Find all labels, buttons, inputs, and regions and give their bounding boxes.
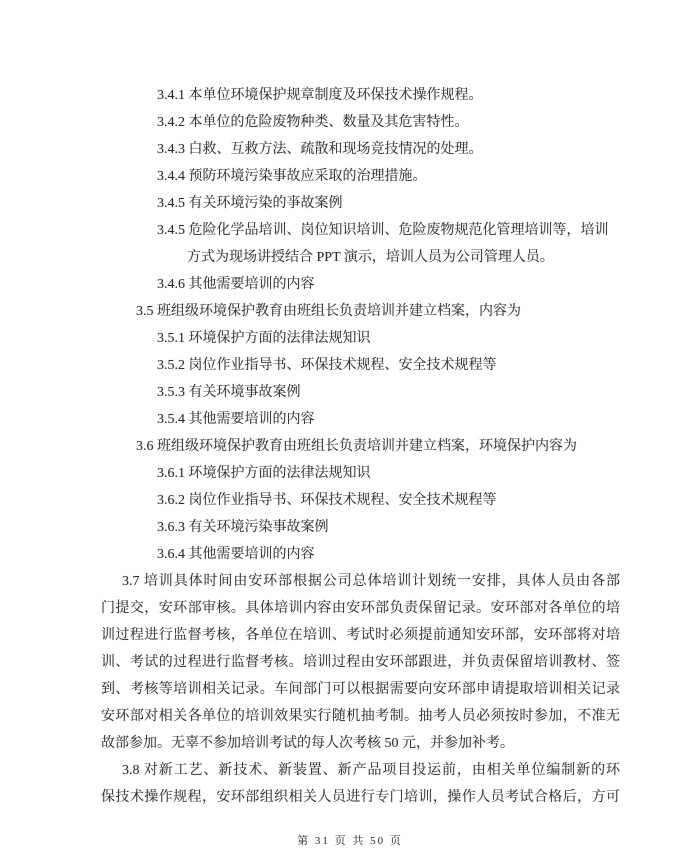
- doc-line-3-4-5b: 3.4.5 危险化学品培训、岗位知识培训、危险废物规范化管理培训等，培训: [101, 217, 620, 244]
- page-footer: 第 31 页 共 50 页: [0, 832, 700, 848]
- doc-line-3-6-4: 3.6.4 其他需要培训的内容: [101, 541, 620, 568]
- doc-line-3-4-3: 3.4.3 白救、互救方法、疏散和现场竞技情况的处理。: [101, 136, 620, 163]
- doc-line-3-4-2: 3.4.2 本单位的危险废物种类、数量及其危害特性。: [101, 109, 620, 136]
- doc-line-3-5-1: 3.5.1 环境保护方面的法律法规知识: [101, 325, 620, 352]
- document-body: 3.4.1 本单位环境保护规章制度及环保技术操作规程。 3.4.2 本单位的危险…: [101, 82, 620, 811]
- doc-line-3-7-l3: 训过程进行监督考核，各单位在培训、考试时必须提前通知安环部，安环部将对培: [101, 622, 620, 649]
- doc-line-3-6: 3.6 班组级环境保护教育由班组长负责培训并建立档案，环境保护内容为: [101, 433, 620, 460]
- doc-line-3-7-l4: 训、考试的过程进行监督考核。培训过程由安环部跟进，并负责保留培训教材、签: [101, 649, 620, 676]
- doc-line-3-6-3: 3.6.3 有关环境污染事故案例: [101, 514, 620, 541]
- doc-line-3-7-l7: 故部参加。无辜不参加培训考试的每人次考核 50 元，并参加补考。: [101, 730, 620, 757]
- doc-line-3-4-4: 3.4.4 预防环境污染事故应采取的治理措施。: [101, 163, 620, 190]
- doc-line-3-8-l1: 3.8 对新工艺、新技术、新装置、新产品项目投运前，由相关单位编制新的环: [101, 757, 620, 784]
- doc-line-3-5-3: 3.5.3 有关环境事故案例: [101, 379, 620, 406]
- doc-line-3-4-5a: 3.4.5 有关环境污染的亊故案例: [101, 190, 620, 217]
- doc-line-3-5: 3.5 班组级环境保护教育由班组长负责培训并建立档案，内容为: [101, 298, 620, 325]
- doc-line-3-5-4: 3.5.4 其他需要培训的内容: [101, 406, 620, 433]
- doc-line-3-4-1: 3.4.1 本单位环境保护规章制度及环保技术操作规程。: [101, 82, 620, 109]
- doc-line-3-4-5b-wrap: 方式为现场讲授结合 PPT 演示，培训人员为公司管理人员。: [101, 244, 620, 271]
- document-page: 3.4.1 本单位环境保护规章制度及环保技术操作规程。 3.4.2 本单位的危险…: [0, 0, 700, 852]
- doc-line-3-7-l5: 到、考核等培训相关记录。车间部门可以根据需要向安环部申请提取培训相关记录: [101, 676, 620, 703]
- doc-line-3-8-l2: 保技术操作规程，安环部组织相关人员进行专门培训，操作人员考试合格后，方可: [101, 784, 620, 811]
- doc-line-3-7-l6: 安环部对相关各单位的培训效果实行随机抽考制。抽考人员必须按时参加，不准无: [101, 703, 620, 730]
- doc-line-3-7-l2: 门提交，安环部审核。具体培训内容由安环部负责保留记录。安环部对各单位的培: [101, 595, 620, 622]
- doc-line-3-4-6: 3.4.6 其他需要培训的内容: [101, 271, 620, 298]
- doc-line-3-7-l1: 3.7 培训具体时间由安环部根据公司总体培训计划统一安排，具体人员由各部: [101, 568, 620, 595]
- doc-line-3-5-2: 3.5.2 岗位作业指导书、环保技术规程、安全技术规程等: [101, 352, 620, 379]
- doc-line-3-6-1: 3.6.1 环境保护方面的法律法规知识: [101, 460, 620, 487]
- doc-line-3-6-2: 3.6.2 岗位作业指导书、环保技术规程、安全技术规程等: [101, 487, 620, 514]
